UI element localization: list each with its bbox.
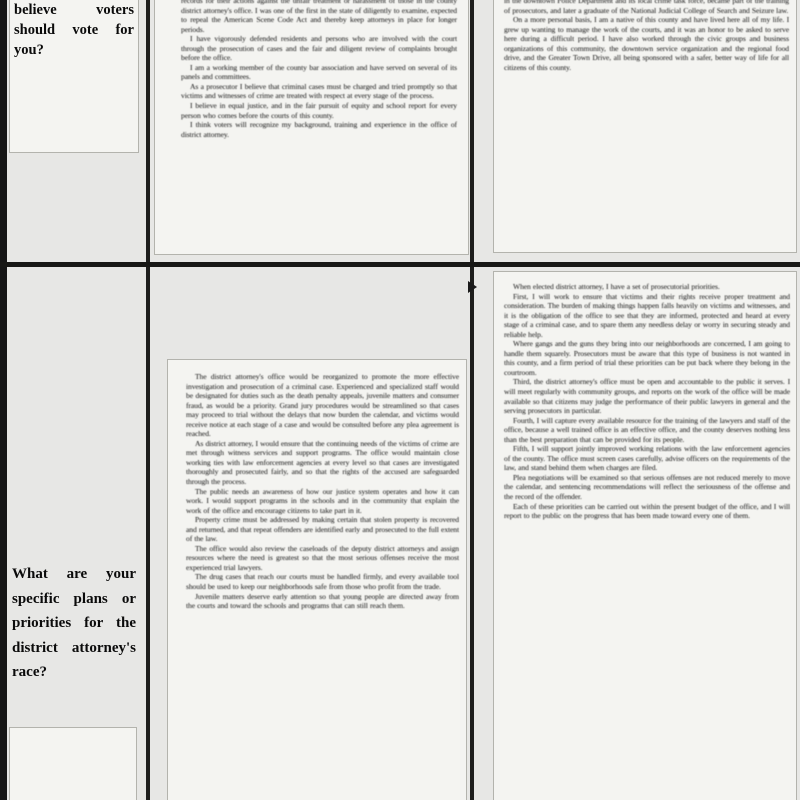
- body-paragraph: The public needs an awareness of how our…: [186, 487, 459, 516]
- body-paragraph: When elected district attorney, I have a…: [504, 282, 790, 292]
- body-paragraph: I have vigorously defended residents and…: [181, 34, 457, 63]
- body-paragraph: As a prosecutor I believe that criminal …: [181, 82, 457, 101]
- body-paragraph: The district attorney's office would be …: [186, 372, 459, 439]
- answer-column-bottom-right: When elected district attorney, I have a…: [504, 282, 790, 800]
- answer-column-bottom-middle: The district attorney's office would be …: [186, 372, 459, 800]
- body-paragraph: On a more personal basis, I am a native …: [504, 15, 789, 72]
- body-paragraph: Property crime must be addressed by maki…: [186, 515, 459, 544]
- cell-empty-bottom-left: [10, 728, 136, 800]
- body-paragraph: The office would also review the caseloa…: [186, 544, 459, 573]
- body-paragraph: Third, the district attorney's office mu…: [504, 377, 790, 415]
- body-paragraph: records for their actions against the un…: [181, 0, 457, 34]
- column-rule-left: [146, 0, 150, 800]
- column-rule-right: [470, 0, 474, 800]
- row-divider-rule: [0, 262, 800, 267]
- ink-smudge: [468, 281, 477, 293]
- answer-column-top-right: in the downtown Police Department and it…: [504, 0, 789, 196]
- answer-column-top-middle: records for their actions against the un…: [181, 0, 457, 246]
- body-paragraph: I believe in equal justice, and in the f…: [181, 101, 457, 120]
- body-paragraph: Plea negotiations will be examined so th…: [504, 473, 790, 502]
- question-specific-plans: What are your specific plans or prioriti…: [12, 562, 136, 685]
- body-paragraph: Fifth, I will support jointly improved w…: [504, 444, 790, 473]
- body-paragraph: Each of these priorities can be carried …: [504, 502, 790, 521]
- body-paragraph: I think voters will recognize my backgro…: [181, 120, 457, 139]
- body-paragraph: Where gangs and the guns they bring into…: [504, 339, 790, 377]
- body-paragraph: Fourth, I will capture every available r…: [504, 416, 790, 445]
- page-left-edge-bar: [0, 0, 7, 800]
- body-paragraph: First, I will work to ensure that victim…: [504, 292, 790, 340]
- body-paragraph: in the downtown Police Department and it…: [504, 0, 789, 15]
- body-paragraph: As district attorney, I would ensure tha…: [186, 439, 459, 487]
- body-paragraph: The drug cases that reach our courts mus…: [186, 572, 459, 591]
- body-paragraph: Juvenile matters deserve early attention…: [186, 592, 459, 611]
- question-believe-voters: believe voters should vote for you?: [14, 0, 134, 60]
- body-paragraph: I am a working member of the county bar …: [181, 63, 457, 82]
